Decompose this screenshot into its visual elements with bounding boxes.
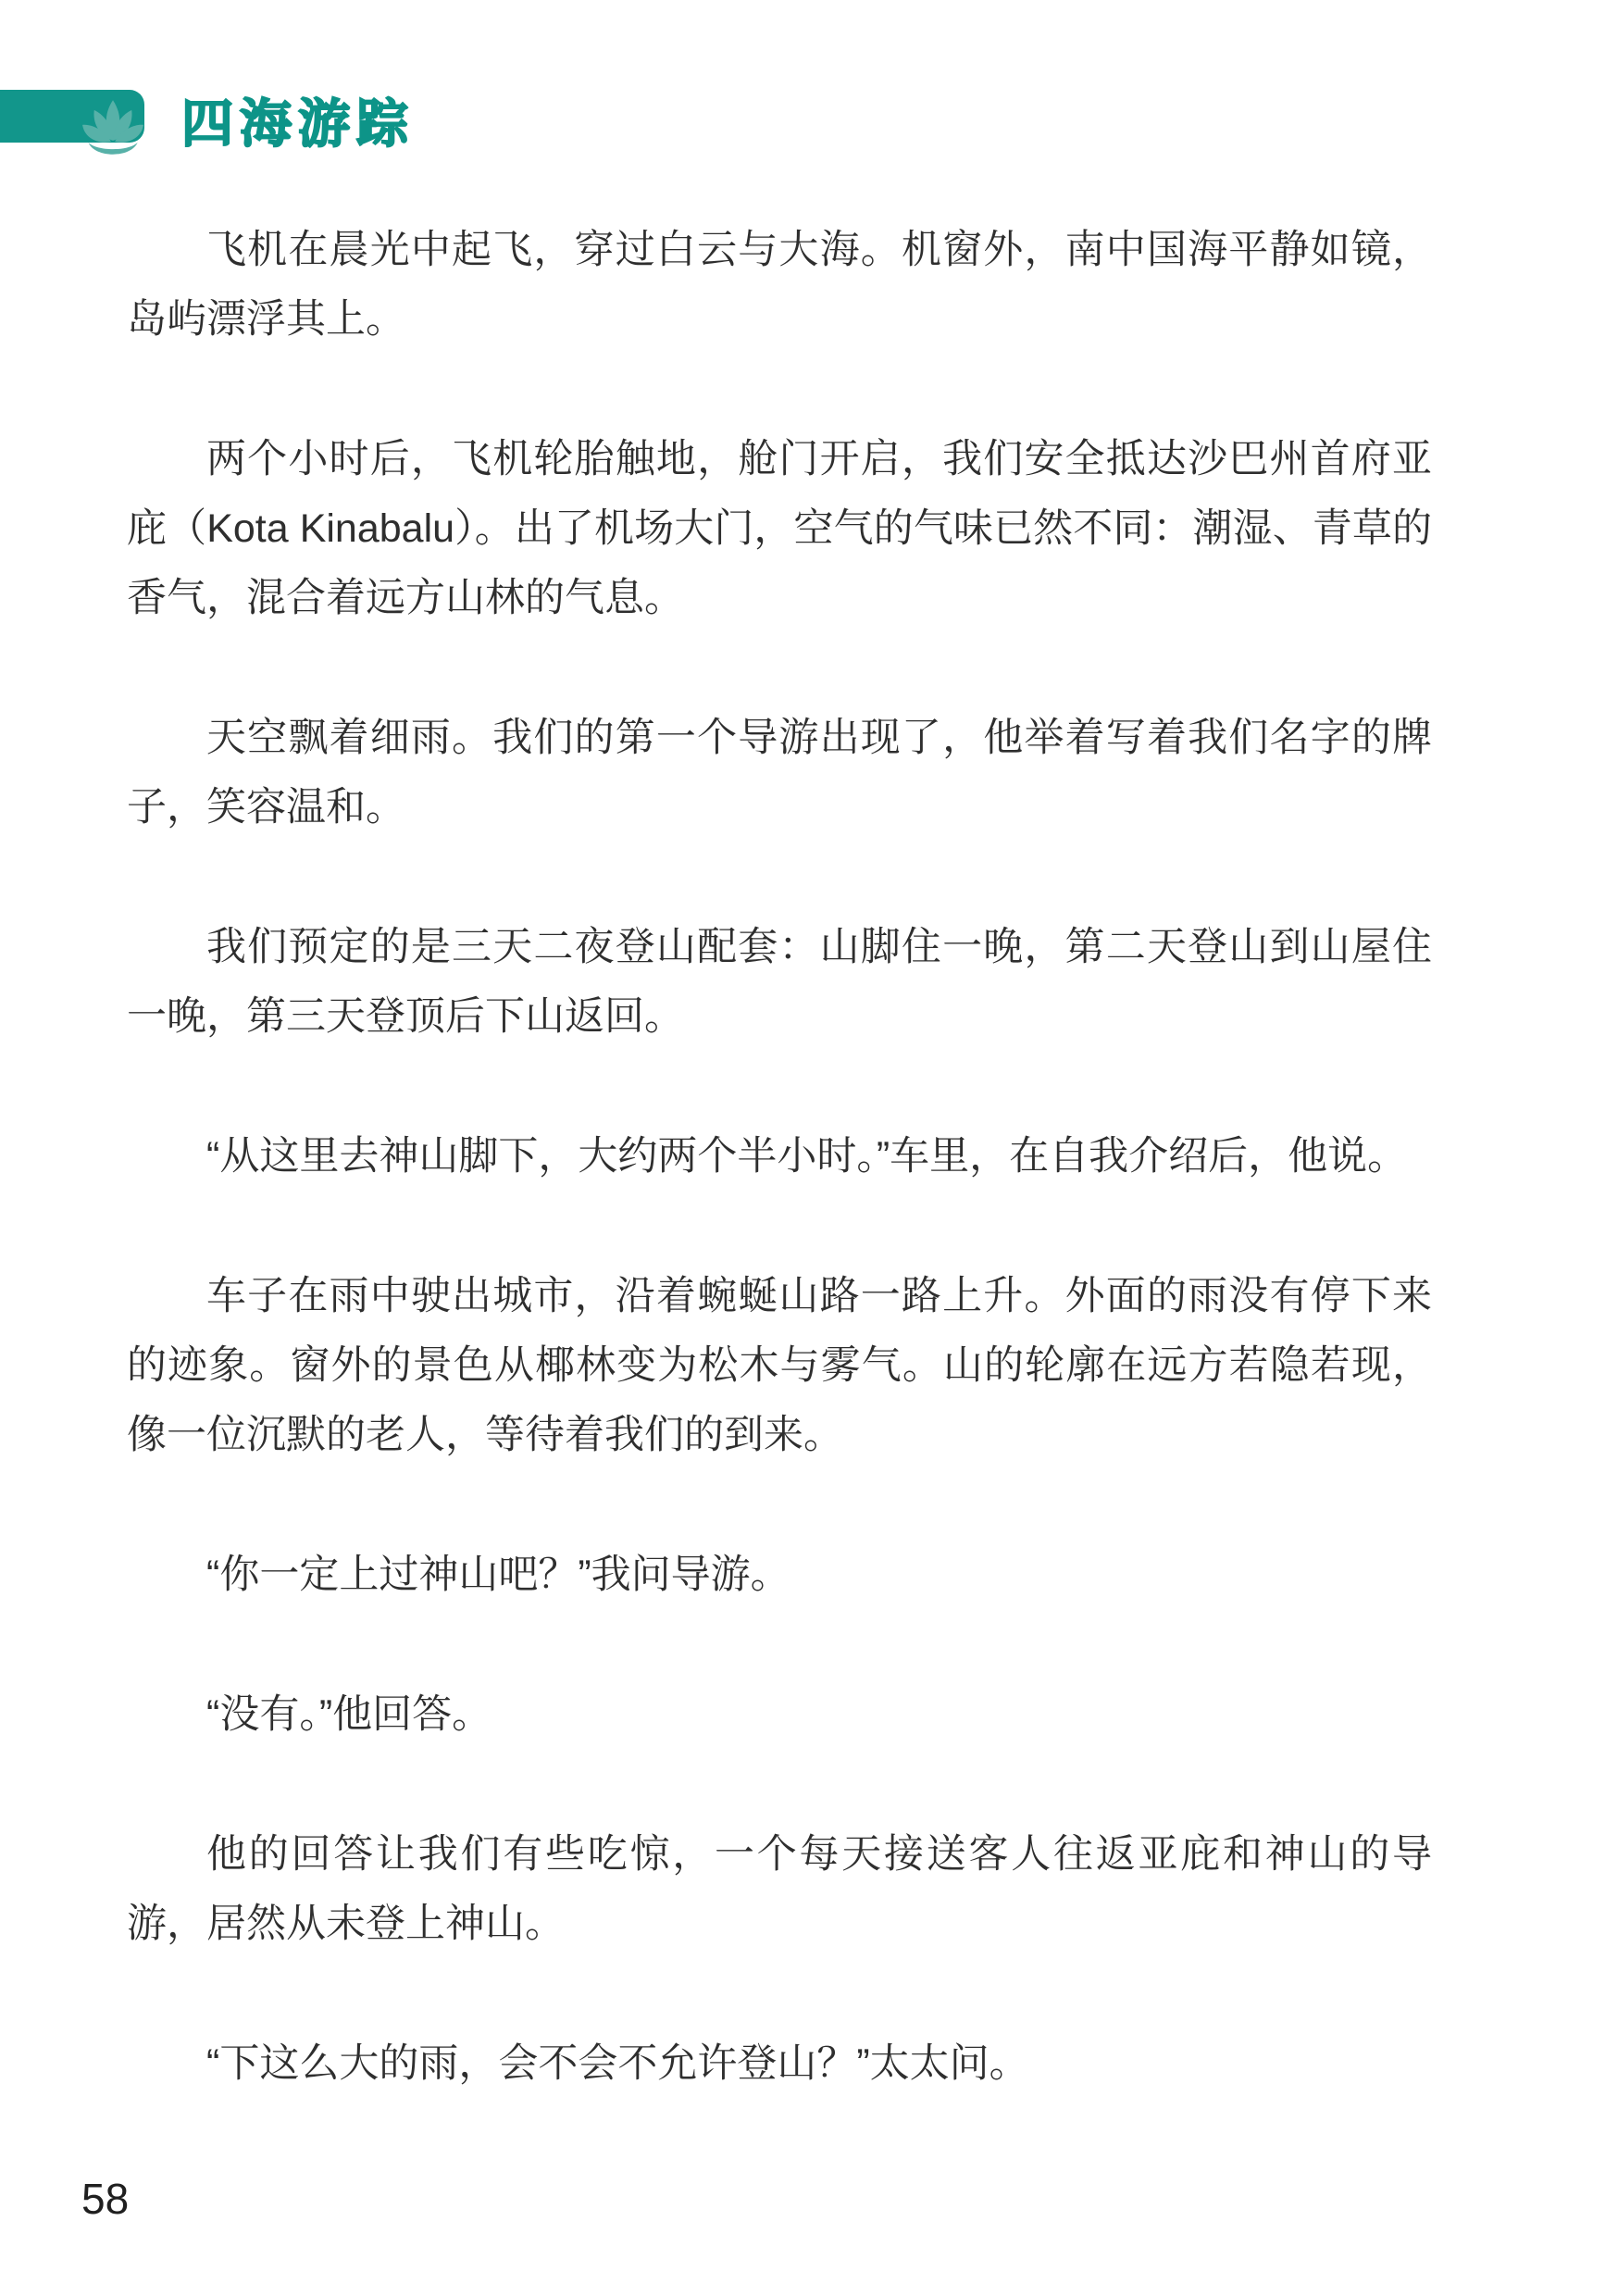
- page-number: 58: [81, 2174, 129, 2224]
- paragraph: 两个小时后，飞机轮胎触地，舱门开启，我们安全抵达沙巴州首府亚庇（Kota Kin…: [127, 425, 1432, 633]
- page-header-title: 四海游踪: [181, 83, 415, 157]
- paragraph: 车子在雨中驶出城市，沿着蜿蜒山路一路上升。外面的雨没有停下来的迹象。窗外的景色从…: [127, 1262, 1432, 1470]
- paragraph: 天空飘着细雨。我们的第一个导游出现了，他举着写着我们名字的牌子，笑容温和。: [127, 704, 1432, 842]
- lotus-icon: [81, 96, 144, 159]
- paragraph: “你一定上过神山吧？”我问导游。: [127, 1541, 1432, 1610]
- paragraph: “没有。”他回答。: [127, 1680, 1432, 1750]
- paragraph: “下这么大的雨，会不会不允许登山？”太太问。: [127, 2029, 1432, 2099]
- paragraph: “从这里去神山脚下，大约两个半小时。”车里，在自我介绍后，他说。: [127, 1122, 1432, 1192]
- paragraph: 我们预定的是三天二夜登山配套：山脚住一晚，第二天登山到山屋住一晚，第三天登顶后下…: [127, 913, 1432, 1052]
- article-body: 飞机在晨光中起飞，穿过白云与大海。机窗外，南中国海平静如镜，岛屿漂浮其上。 两个…: [127, 216, 1432, 2099]
- paragraph: 他的回答让我们有些吃惊，一个每天接送客人往返亚庇和神山的导游，居然从未登上神山。: [127, 1820, 1432, 1959]
- paragraph: 飞机在晨光中起飞，穿过白云与大海。机窗外，南中国海平静如镜，岛屿漂浮其上。: [127, 216, 1432, 355]
